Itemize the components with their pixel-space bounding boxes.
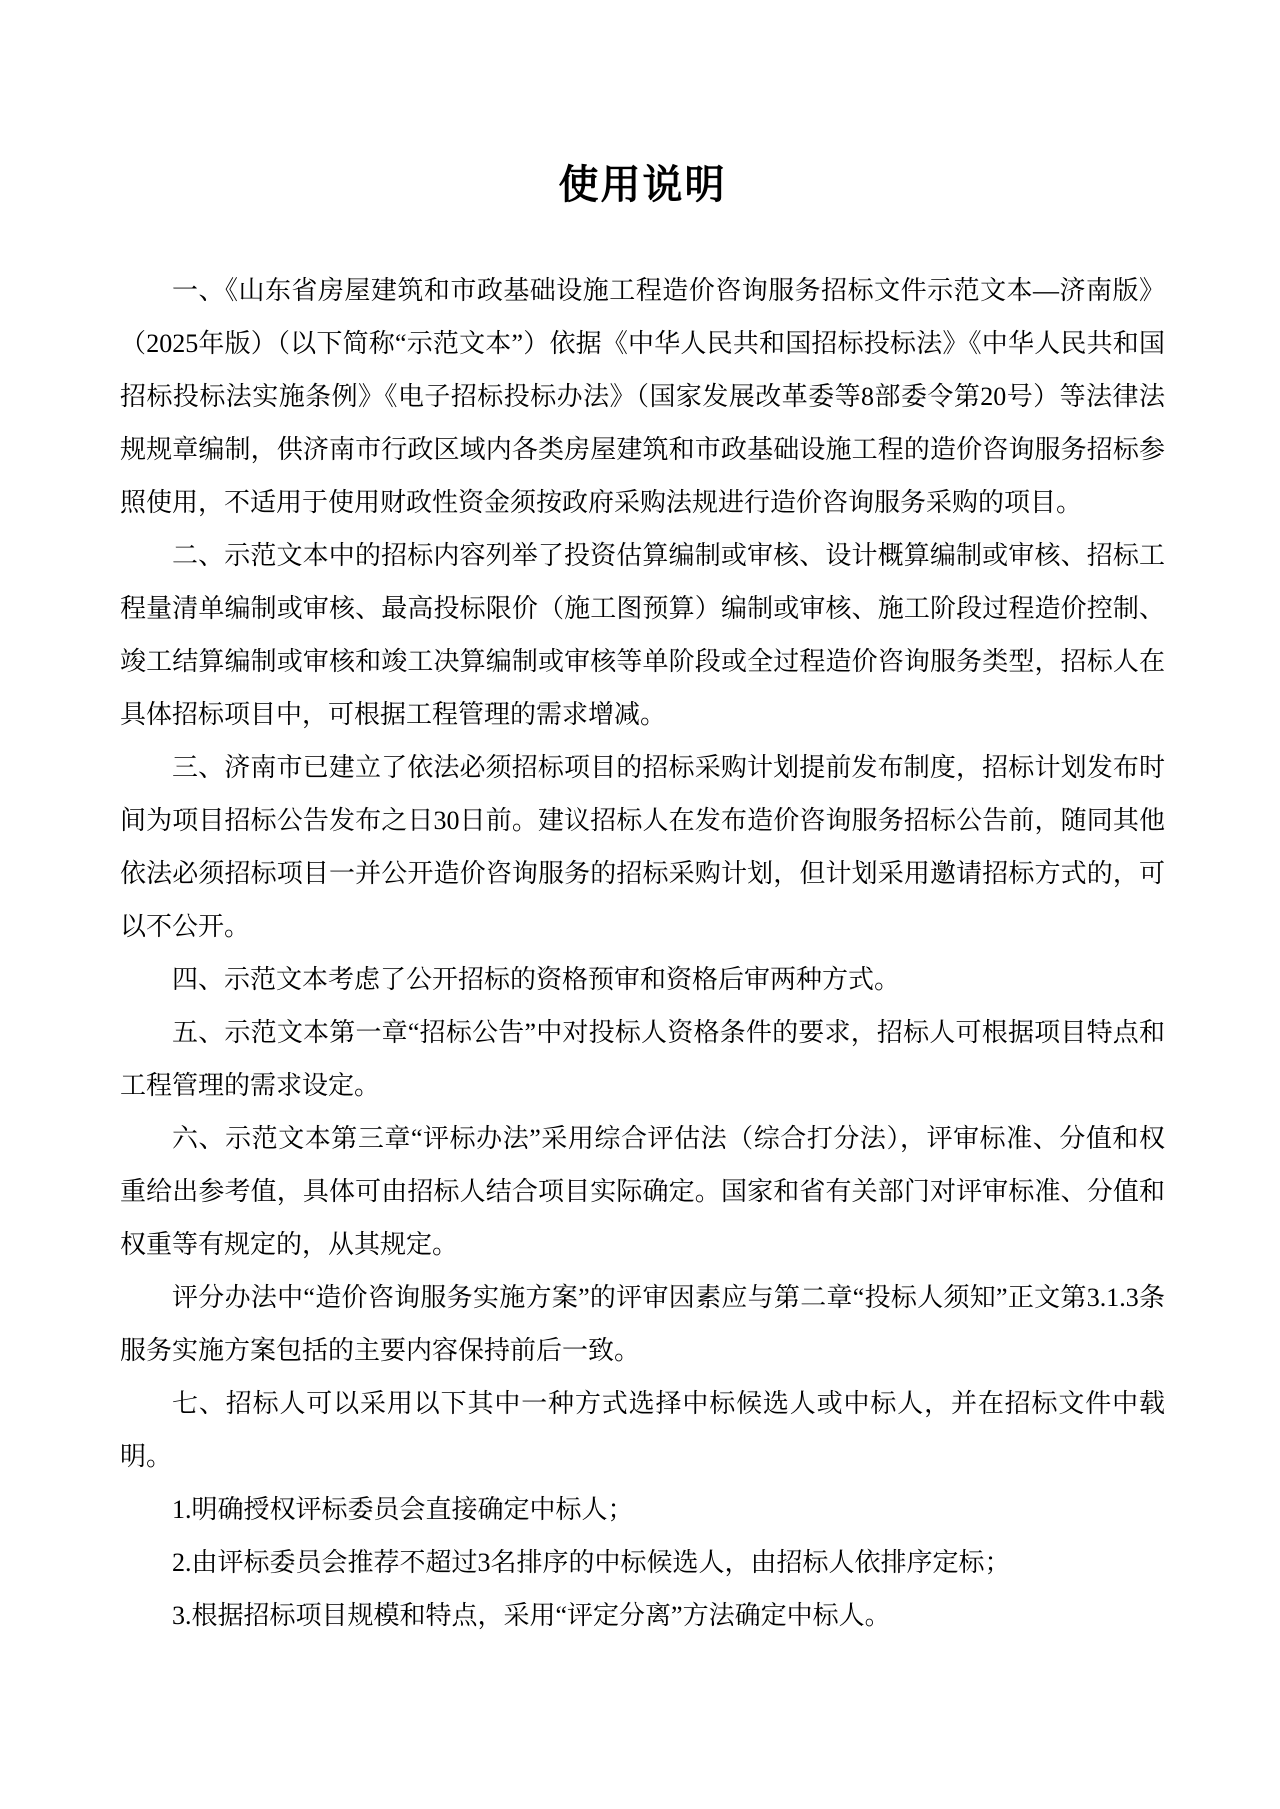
- document-body: 一、《山东省房屋建筑和市政基础设施工程造价咨询服务招标文件示范文本—济南版》（2…: [120, 264, 1165, 1642]
- paragraph-7: 七、招标人可以采用以下其中一种方式选择中标候选人或中标人，并在招标文件中载明。: [120, 1377, 1165, 1483]
- document-page: 使用说明 一、《山东省房屋建筑和市政基础设施工程造价咨询服务招标文件示范文本—济…: [0, 0, 1280, 1809]
- paragraph-6-continued: 评分办法中“造价咨询服务实施方案”的评审因素应与第二章“投标人须知”正文第3.1…: [120, 1271, 1165, 1377]
- paragraph-1: 一、《山东省房屋建筑和市政基础设施工程造价咨询服务招标文件示范文本—济南版》（2…: [120, 264, 1165, 529]
- paragraph-2: 二、示范文本中的招标内容列举了投资估算编制或审核、设计概算编制或审核、招标工程量…: [120, 529, 1165, 741]
- paragraph-6: 六、示范文本第三章“评标办法”采用综合评估法（综合打分法），评审标准、分值和权重…: [120, 1112, 1165, 1271]
- paragraph-4: 四、示范文本考虑了公开招标的资格预审和资格后审两种方式。: [120, 953, 1165, 1006]
- list-item-3: 3.根据招标项目规模和特点，采用“评定分离”方法确定中标人。: [120, 1589, 1165, 1642]
- list-item-1: 1.明确授权评标委员会直接确定中标人；: [120, 1483, 1165, 1536]
- paragraph-3: 三、济南市已建立了依法必须招标项目的招标采购计划提前发布制度，招标计划发布时间为…: [120, 741, 1165, 953]
- page-title: 使用说明: [120, 162, 1165, 208]
- list-item-2: 2.由评标委员会推荐不超过3名排序的中标候选人，由招标人依排序定标；: [120, 1536, 1165, 1589]
- paragraph-5: 五、示范文本第一章“招标公告”中对投标人资格条件的要求，招标人可根据项目特点和工…: [120, 1006, 1165, 1112]
